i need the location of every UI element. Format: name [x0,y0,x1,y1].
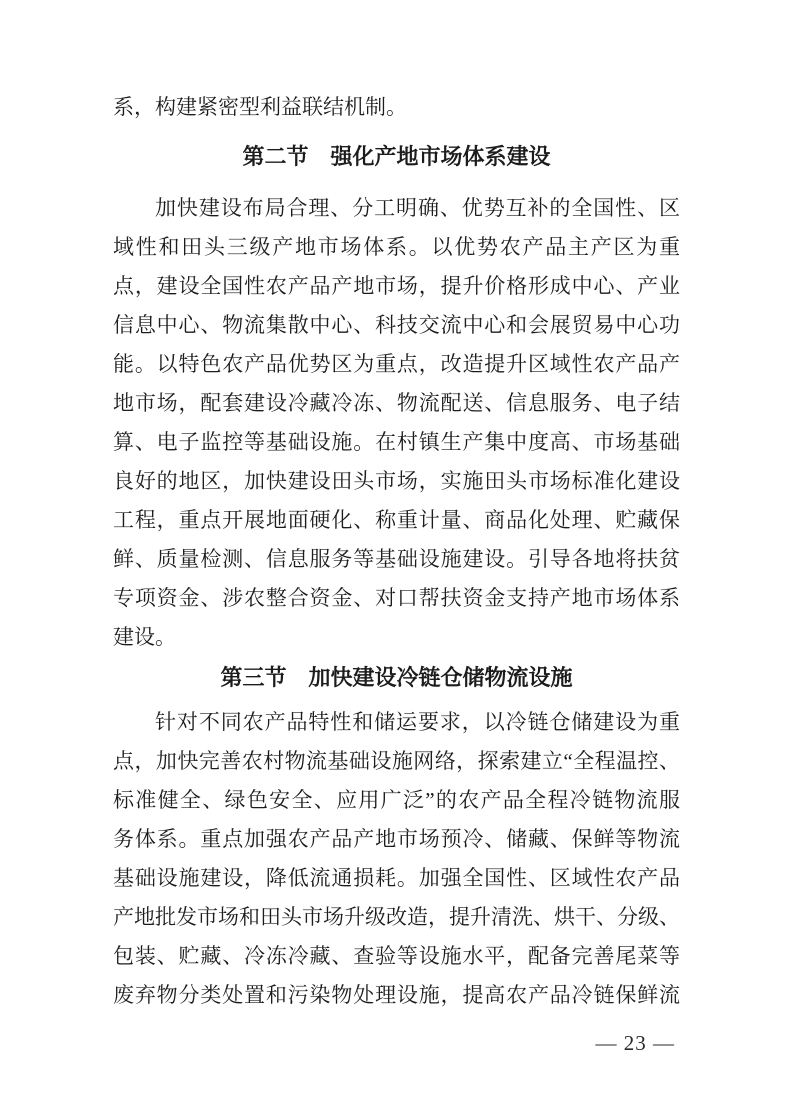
section-heading-2: 第二节 强化产地市场体系建设 [113,137,680,176]
text-line: 能。以特色农产品优势区为重点，改造提升区域性农产品产 [113,345,680,384]
text-line: 域性和田头三级产地市场体系。以优势农产品主产区为重 [113,228,680,267]
text-line: 鲜、质量检测、信息服务等基础设施建设。引导各地将扶贫 [113,540,680,579]
page-content: 系，构建紧密型利益联结机制。 第二节 强化产地市场体系建设 加快建设布局合理、分… [113,88,680,1015]
text-line: 建设。 [113,618,680,657]
text-line: 基础设施建设，降低流通损耗。加强全国性、区域性农产品 [113,859,680,898]
text-line: 加快建设布局合理、分工明确、优势互补的全国性、区 [113,189,680,228]
text-line: 专项资金、涉农整合资金、对口帮扶资金支持产地市场体系 [113,579,680,618]
text-line: 算、电子监控等基础设施。在村镇生产集中度高、市场基础 [113,423,680,462]
text-line: 务体系。重点加强农产品产地市场预冷、储藏、保鲜等物流 [113,820,680,859]
text-line: 废弃物分类处置和污染物处理设施，提高农产品冷链保鲜流 [113,976,680,1015]
section-heading-3: 第三节 加快建设冷链仓储物流设施 [113,658,680,697]
document-page: 系，构建紧密型利益联结机制。 第二节 强化产地市场体系建设 加快建设布局合理、分… [0,0,790,1116]
text-line: 标准健全、绿色安全、应用广泛”的农产品全程冷链物流服 [113,781,680,820]
text-line: 信息中心、物流集散中心、科技交流中心和会展贸易中心功 [113,306,680,345]
continuation-line: 系，构建紧密型利益联结机制。 [113,88,680,127]
text-line: 点，建设全国性农产品产地市场，提升价格形成中心、产业 [113,267,680,306]
text-line: 工程，重点开展地面硬化、称重计量、商品化处理、贮藏保 [113,501,680,540]
text-line: 良好的地区，加快建设田头市场，实施田头市场标准化建设 [113,462,680,501]
text-line: 地市场，配套建设冷藏冷冻、物流配送、信息服务、电子结 [113,384,680,423]
page-number: — 23 — [596,1028,676,1058]
text-line: 包装、贮藏、冷冻冷藏、查验等设施水平，配备完善尾菜等 [113,937,680,976]
section-3-paragraph: 针对不同农产品特性和储运要求，以冷链仓储建设为重点，加快完善农村物流基础设施网络… [113,703,680,1015]
text-line: 点，加快完善农村物流基础设施网络，探索建立“全程温控、 [113,742,680,781]
section-2-paragraph: 加快建设布局合理、分工明确、优势互补的全国性、区域性和田头三级产地市场体系。以优… [113,189,680,657]
text-line: 产地批发市场和田头市场升级改造，提升清洗、烘干、分级、 [113,898,680,937]
text-line: 针对不同农产品特性和储运要求，以冷链仓储建设为重 [113,703,680,742]
